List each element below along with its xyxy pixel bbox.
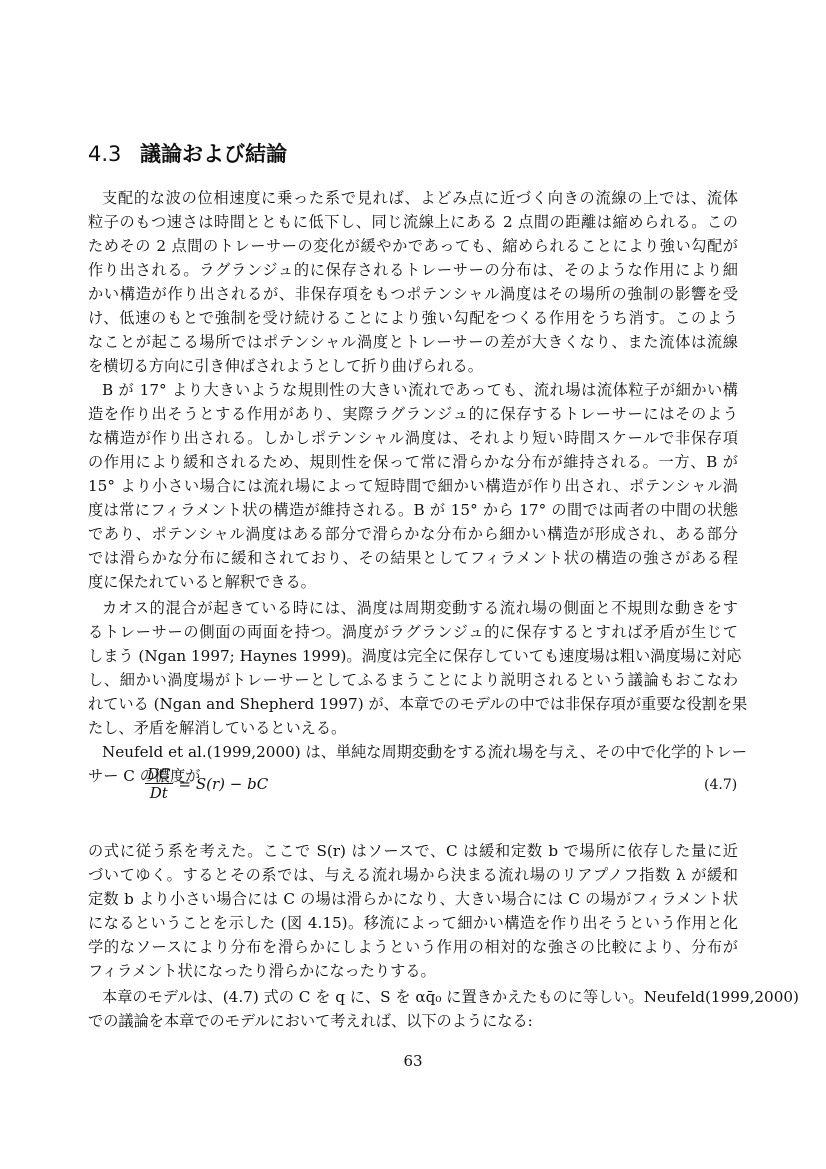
text-line: かい構造が作り出されるが、非保存項をもつポテンシャル渦度はその場所の強制の影響を… <box>88 284 738 304</box>
text-line: の作用により緩和されるため、規則性を保って常に滑らかな分布が維持される。一方、B… <box>88 452 738 472</box>
page-number: 63 <box>0 1052 826 1070</box>
text-line: な構造が作り出される。しかしポテンシャル渦度は、それより短い時間スケールで非保存… <box>88 428 738 448</box>
text-line: 造を作り出そうとする作用があり、実際ラグランジュ的に保存するトレーサーにはそのよ… <box>88 404 738 424</box>
text-line: での議論を本章でのモデルにおいて考えれば、以下のようになる: <box>88 1011 738 1031</box>
text-line: れている (Ngan and Shepherd 1997) が、本章でのモデルの… <box>88 694 738 714</box>
fraction-numerator: DC <box>145 765 173 784</box>
text-line: 本章のモデルは、(4.7) 式の C を q に、S を αq̄₀ に置きかえた… <box>102 987 738 1007</box>
document-page: 4.3議論および結論 支配的な波の位相速度に乗った系で見れば、よどみ点に近づく向… <box>0 0 826 1169</box>
text-line: フィラメント状になったり滑らかになったりする。 <box>88 961 738 981</box>
section-heading: 4.3議論および結論 <box>88 138 287 168</box>
fraction-denominator: Dt <box>148 784 170 802</box>
text-line: の式に従う系を考えた。ここで S(r) はソースで、C は緩和定数 b で場所に… <box>88 841 738 861</box>
equation-4-7: DC Dt = S(r) − bC <box>145 765 268 802</box>
text-line: では滑らかな分布に緩和されており、その結果としてフィラメント状の構造の強さがある… <box>88 548 738 568</box>
text-line: なことが起こる場所ではポテンシャル渦度とトレーサーの差が大きくなり、また流体は流… <box>88 332 738 352</box>
text-line: を横切る方向に引き伸ばされようとして折り曲げられる。 <box>88 356 738 376</box>
text-line: け、低速のもとで強制を受け続けることにより強い勾配をつくる作用をうち消す。このよ… <box>88 308 738 328</box>
text-line: たし、矛盾を解消しているといえる。 <box>88 718 738 738</box>
text-line: 15° より小さい場合には流れ場によって短時間で細かい構造が作り出され、ポテンシ… <box>88 476 738 496</box>
text-line: 度に保たれていると解釈できる。 <box>88 572 738 592</box>
text-line: づいてゆく。するとその系では、与える流れ場から決まる流れ場のリアプノフ指数 λ … <box>88 865 738 885</box>
text-line: 度は常にフィラメント状の構造が維持される。B が 15° から 17° の間では… <box>88 500 738 520</box>
text-line: ためその 2 点間のトレーサーの変化が緩やかであっても、縮められることにより強い… <box>88 236 738 256</box>
text-line: Neufeld et al.(1999,2000) は、単純な周期変動をする流れ… <box>102 742 738 762</box>
text-line: であり、ポテンシャル渦度はある部分で滑らかな分布から細かい構造が形成され、ある部… <box>88 524 738 544</box>
fraction: DC Dt <box>145 765 173 802</box>
text-line: し、細かい渦度場がトレーサーとしてふるまうことにより説明されるという議論もおこな… <box>88 670 738 690</box>
text-line: カオス的混合が起きている時には、渦度は周期変動する流れ場の側面と不規則な動きをす <box>102 598 738 618</box>
text-line: るトレーサーの側面の両面を持つ。渦度がラグランジュ的に保存するとすれば矛盾が生じ… <box>88 622 738 642</box>
section-number: 4.3 <box>88 142 140 166</box>
section-title: 議論および結論 <box>140 142 287 166</box>
text-line: 支配的な波の位相速度に乗った系で見れば、よどみ点に近づく向きの流線の上では、流体 <box>102 188 738 208</box>
text-line: 定数 b より小さい場合には C の場は滑らかになり、大きい場合には C の場が… <box>88 889 738 909</box>
text-line: 粒子のもつ速さは時間とともに低下し、同じ流線上にある 2 点間の距離は縮められる… <box>88 212 738 232</box>
text-line: B が 17° より大きいような規則性の大きい流れであっても、流れ場は流体粒子が… <box>102 380 738 400</box>
text-line: になるということを示した (図 4.15)。移流によって細かい構造を作り出そうと… <box>88 913 738 933</box>
equation-number: (4.7) <box>704 777 737 793</box>
text-line: しまう (Ngan 1997; Haynes 1999)。渦度は完全に保存してい… <box>88 646 738 666</box>
text-line: 学的なソースにより分布を滑らかにしようという作用の相対的な強さの比較により、分布… <box>88 937 738 957</box>
equation-rhs: = S(r) − bC <box>179 775 269 793</box>
text-line: 作り出される。ラグランジュ的に保存されるトレーサーの分布は、そのような作用により… <box>88 260 738 280</box>
